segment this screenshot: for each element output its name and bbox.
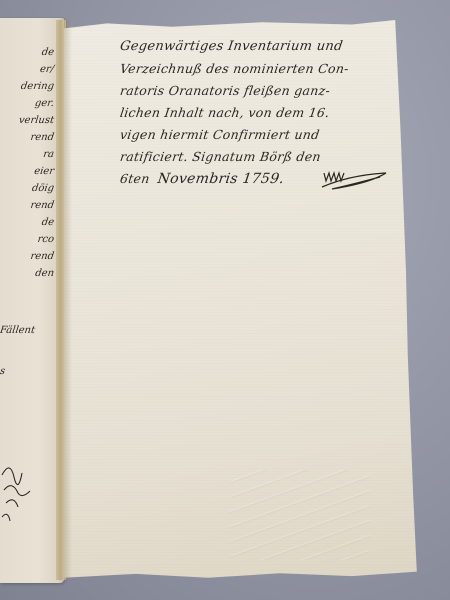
left-fragment: rend	[0, 197, 56, 214]
signature-flourish	[320, 167, 390, 191]
left-fragment: Fällent	[0, 325, 56, 336]
text-line: Gegenwärtiges Inventarium und	[118, 36, 406, 58]
left-fragment: er/	[0, 61, 56, 78]
left-fragment: verlust	[0, 112, 56, 129]
left-fragment: dering	[0, 78, 56, 95]
left-page-lower-text: Fällent s	[0, 325, 56, 377]
date-month-year: Novembris 1759.	[156, 168, 286, 190]
paper-crease	[230, 470, 370, 560]
left-page-text: de er/ dering ger. verlust rend ra eier …	[0, 44, 56, 282]
left-fragment: döig	[0, 180, 56, 197]
left-fragment: den	[0, 265, 56, 282]
left-fragment: eier	[0, 163, 56, 180]
text-line: Verzeichnuß des nominierten Con-	[118, 58, 406, 80]
page-edge-shadow	[64, 20, 72, 580]
text-line: ratificiert. Signatum Börß den	[118, 146, 406, 168]
left-fragment: rco	[0, 231, 56, 248]
left-fragment: ger.	[0, 95, 56, 112]
left-fragment: ra	[0, 146, 56, 163]
left-fragment: s	[0, 366, 56, 377]
date-day: 6ten	[118, 168, 151, 190]
left-page-scribble	[0, 455, 50, 535]
text-line: lichen Inhalt nach, von dem 16.	[118, 102, 406, 124]
left-fragment: de	[0, 214, 56, 231]
text-line: vigen hiermit Confirmiert und	[118, 124, 406, 146]
text-line: ratoris Oranatoris fleißen ganz-	[118, 80, 406, 102]
left-fragment: rend	[0, 129, 56, 146]
left-fragment: rend	[0, 248, 56, 265]
left-fragment: de	[0, 44, 56, 61]
